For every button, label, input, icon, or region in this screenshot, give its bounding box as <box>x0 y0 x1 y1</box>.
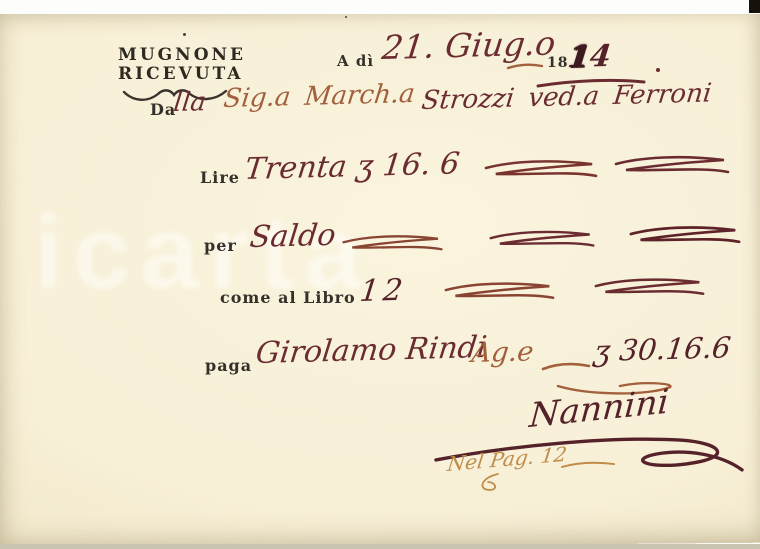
date-year-printed: 18 <box>547 55 568 71</box>
amount-dash-stroke <box>540 358 592 374</box>
ink-dot <box>656 68 660 72</box>
flourish-stroke <box>487 228 597 252</box>
flourish-stroke <box>612 154 732 178</box>
ink-speck <box>345 16 347 18</box>
libro-printed-label: come al Libro <box>220 288 356 307</box>
libro-number-handwritten: 12 <box>358 273 408 309</box>
receipt-scan: icarta MUGNONE RICEVUTA A dì 21. Giug.o … <box>0 0 760 549</box>
scan-corner-mark <box>749 0 760 13</box>
payer-name-handwritten: Girolamo Rindi <box>254 330 489 371</box>
flourish-stroke <box>592 276 707 300</box>
date-dash-stroke <box>506 60 544 72</box>
date-year-handwritten: 14 <box>567 39 613 75</box>
flourish-stroke <box>442 280 557 304</box>
lire-printed-label: Lire <box>200 168 240 187</box>
from-hand-mid: Sig.a March.a <box>222 79 417 114</box>
flourish-stroke <box>627 224 743 248</box>
payer-amount-handwritten: ʒ 30.16.6 <box>592 330 733 368</box>
paga-printed-label: paga <box>205 356 252 375</box>
note-dash-stroke <box>560 458 618 472</box>
reason-handwritten: Saldo <box>248 218 338 255</box>
scan-edge-top <box>0 0 760 14</box>
payer-agent-handwritten: Ag.e <box>470 336 535 369</box>
lire-amount-handwritten: Trenta ʒ 16. 6 <box>243 146 461 187</box>
header-title-line2: RICEVUTA <box>118 65 244 84</box>
scan-edge-bottom <box>0 544 760 549</box>
date-prefix-printed: A dì <box>337 52 374 70</box>
from-hand-start: lla <box>172 87 208 118</box>
note-loop-stroke <box>470 470 506 496</box>
flourish-stroke <box>340 232 445 256</box>
header-title-line1: MUGNONE <box>118 46 246 65</box>
per-printed-label: per <box>204 236 237 255</box>
flourish-stroke <box>482 158 600 182</box>
ink-speck <box>183 33 186 36</box>
